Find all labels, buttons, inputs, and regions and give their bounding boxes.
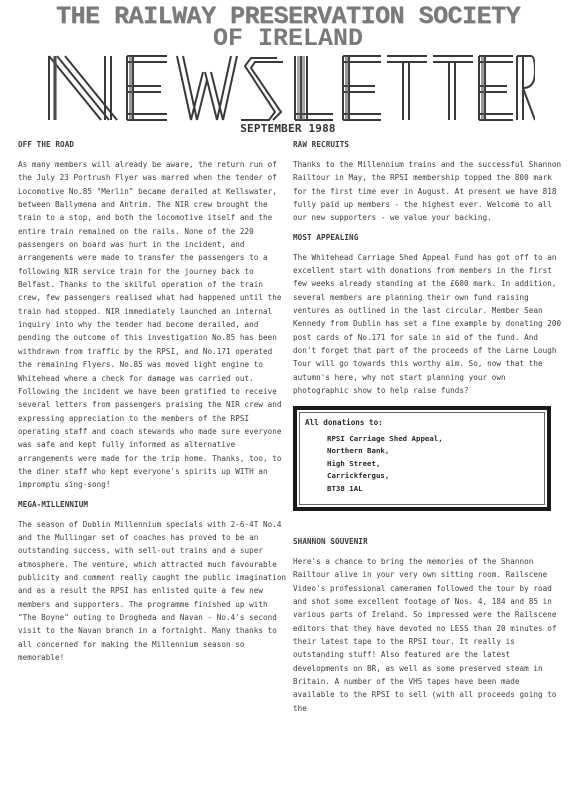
article-body: Thanks to the Millennium trains and the … — [293, 158, 565, 225]
article-most-appealing: MOST APPEALING The Whitehead Carriage Sh… — [293, 233, 565, 398]
article-heading: SHANNON SOUVENIR — [293, 537, 565, 546]
address-line: Carrickfergus, — [305, 470, 547, 483]
address-line: RPSI Carriage Shed Appeal, — [305, 433, 547, 446]
donation-address-box: All donations to: RPSI Carriage Shed App… — [293, 406, 551, 512]
right-column: RAW RECRUITS Thanks to the Millennium tr… — [293, 140, 565, 723]
article-shannon-souvenir: SHANNON SOUVENIR Here's a chance to brin… — [293, 537, 565, 715]
newsletter-title-logotype — [45, 52, 535, 122]
newsletter-title — [45, 52, 535, 122]
article-heading: MOST APPEALING — [293, 233, 565, 242]
article-raw-recruits: RAW RECRUITS Thanks to the Millennium tr… — [293, 140, 565, 225]
article-heading: OFF THE ROAD — [18, 140, 290, 149]
donation-intro: All donations to: — [305, 418, 547, 427]
address-line: High Street, — [305, 458, 547, 471]
article-mega-millennium: MEGA-MILLENNIUM The season of Dublin Mil… — [18, 500, 290, 665]
article-body: As many members will already be aware, t… — [18, 158, 290, 492]
issue-date: SEPTEMBER 1988 — [0, 122, 576, 135]
article-body: The season of Dublin Millennium specials… — [18, 518, 290, 665]
article-body: Here's a chance to bring the memories of… — [293, 555, 565, 715]
address-line: BT38 1AL — [305, 483, 547, 496]
society-name-line2: OF IRELAND — [0, 28, 576, 50]
article-body: The Whitehead Carriage Shed Appeal Fund … — [293, 251, 565, 398]
article-heading: RAW RECRUITS — [293, 140, 565, 149]
article-off-the-road: OFF THE ROAD As many members will alread… — [18, 140, 290, 492]
left-column: OFF THE ROAD As many members will alread… — [18, 140, 290, 672]
address-line: Northern Bank, — [305, 445, 547, 458]
article-heading: MEGA-MILLENNIUM — [18, 500, 290, 509]
masthead: THE RAILWAY PRESERVATION SOCIETY OF IREL… — [0, 0, 576, 140]
